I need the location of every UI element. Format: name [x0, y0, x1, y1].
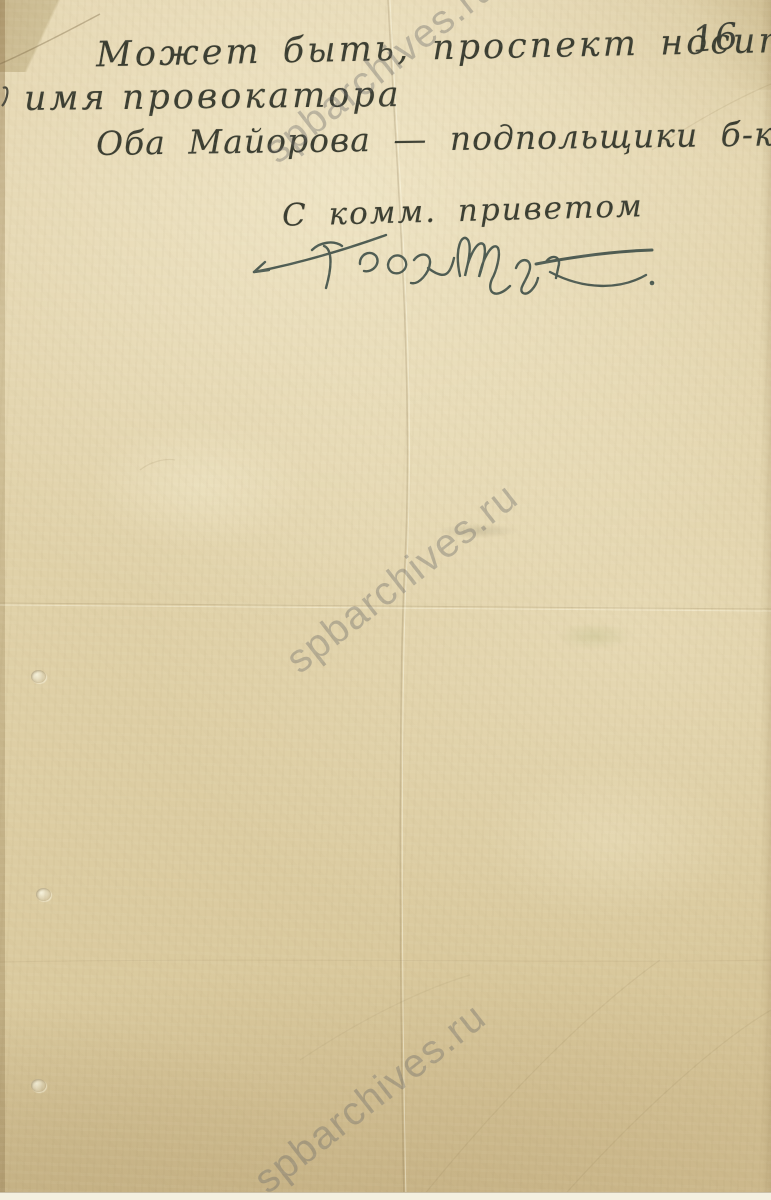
binding-mark — [36, 888, 51, 901]
scanned-document-page: 16 Может быть, проспект носит имя провок… — [0, 0, 771, 1200]
page-right-edge — [761, 0, 771, 1200]
binding-mark — [31, 1079, 46, 1092]
binding-mark — [31, 670, 46, 683]
handwritten-line-2: имя провокатора — [24, 75, 402, 119]
light-blotch — [90, 420, 310, 550]
archive-watermark: spbarchives.ru — [278, 474, 527, 683]
paper-creases — [0, 0, 771, 1200]
green-stain — [556, 622, 632, 650]
page-left-edge — [0, 0, 5, 1200]
light-blotch — [480, 760, 740, 920]
handwritten-line-3: Оба Майорова — подпольщики б-ки. — [96, 114, 771, 163]
paper-grain-texture — [0, 0, 771, 1200]
scanner-background-strip — [0, 1192, 771, 1200]
faded-smear — [438, 524, 518, 538]
archive-watermark: spbarchives.ru — [246, 994, 495, 1200]
signature-flourish — [248, 220, 658, 308]
